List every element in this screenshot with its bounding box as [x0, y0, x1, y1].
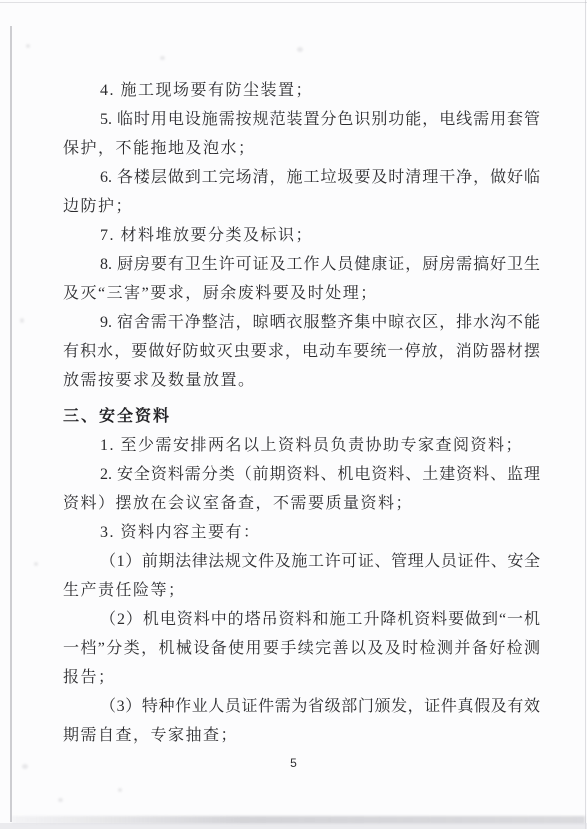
- page-number: 5: [0, 756, 587, 770]
- text-line-sec3-item-2: 2. 安全资料需分类（前期资料、机电资料、土建资料、监理: [63, 460, 540, 489]
- scan-noise-speck: [58, 798, 63, 802]
- text-line-item-9: 9. 宿舍需干净整洁，晾晒衣服整齐集中晾衣区，排水沟不能: [63, 308, 540, 337]
- text-line-item-8: 8. 厨房要有卫生许可证及工作人员健康证，厨房需搞好卫生: [63, 250, 540, 279]
- text-line-item-4: 4. 施工现场要有防尘装置；: [63, 76, 540, 105]
- text-line-sub-1-cont: 生产责任险等；: [63, 576, 540, 605]
- text-line-sub-3: （3）特种作业人员证件需为省级部门颁发，证件真假及有效: [63, 692, 540, 721]
- text-line-sub-2-cont1: 一档”分类，机械设备使用要手续完善以及及时检测并备好检测: [63, 634, 540, 663]
- text-line-sub-2: （2）机电资料中的塔吊资料和施工升降机资料要做到“一机: [63, 605, 540, 634]
- scan-noise-speck: [20, 318, 24, 323]
- scan-noise-speck: [34, 562, 38, 566]
- scan-edge-top: [0, 2, 587, 3]
- text-line-item-6-cont: 边防护；: [63, 192, 540, 221]
- text-line-item-6: 6. 各楼层做到工完场清，施工垃圾要及时清理干净，做好临: [63, 163, 540, 192]
- text-line-sec3-item-1: 1. 至少需安排两名以上资料员负责协助专家查阅资料；: [63, 431, 540, 460]
- scan-shadow-bottom-strip: [0, 823, 587, 829]
- text-line-sub-3-cont: 期需自查，专家抽查；: [63, 721, 540, 750]
- scan-edge-left-line: [10, 26, 12, 822]
- text-line-item-5: 5. 临时用电设施需按规范装置分色识别功能，电线需用套管: [63, 105, 540, 134]
- text-line-item-9-cont1: 有积水，要做好防蚊灭虫要求，电动车要统一停放，消防器材摆: [63, 337, 540, 366]
- scan-noise-speck: [26, 44, 30, 48]
- document-body: 4. 施工现场要有防尘装置； 5. 临时用电设施需按规范装置分色识别功能，电线需…: [63, 76, 540, 750]
- text-line-item-8-cont: 及灭“三害”要求，厨余废料要及时处理；: [63, 279, 540, 308]
- document-page: 4. 施工现场要有防尘装置； 5. 临时用电设施需按规范装置分色识别功能，电线需…: [0, 0, 587, 829]
- text-line-sec3-item-3: 3. 资料内容主要有：: [63, 518, 540, 547]
- scan-edge-right-line: [585, 0, 586, 829]
- scan-noise-speck: [297, 47, 303, 52]
- text-line-sec3-item-2-cont: 资料）摆放在会议室备查，不需要质量资料；: [63, 489, 540, 518]
- text-line-item-9-cont2: 放需按要求及数量放置。: [63, 366, 540, 395]
- text-line-item-5-cont: 保护，不能拖地及泡水；: [63, 134, 540, 163]
- text-line-item-7: 7. 材料堆放要分类及标识；: [63, 221, 540, 250]
- scan-noise-speck: [118, 788, 122, 792]
- section-heading: 三、安全资料: [63, 402, 540, 431]
- scan-noise-speck: [160, 56, 165, 60]
- text-line-sub-2-cont2: 报告；: [63, 663, 540, 692]
- text-line-sub-1: （1）前期法律法规文件及施工许可证、管理人员证件、安全: [63, 547, 540, 576]
